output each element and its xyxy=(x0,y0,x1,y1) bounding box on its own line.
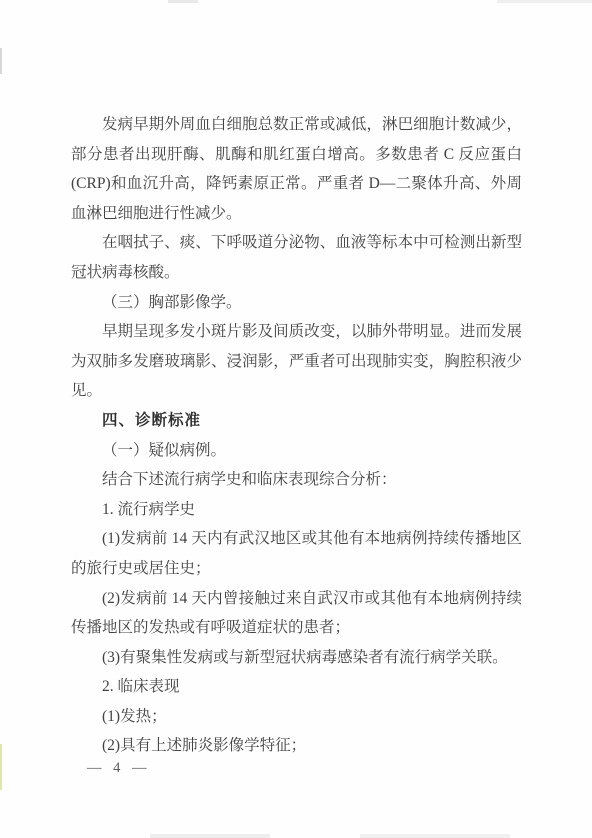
document-body: 发病早期外周血白细胞总数正常或减低，淋巴细胞计数减少，部分患者出现肝酶、肌酶和肌… xyxy=(71,110,522,761)
page-number: — 4 — xyxy=(87,760,151,777)
body-paragraph: (2)具有上述肺炎影像学特征； xyxy=(71,731,522,761)
body-paragraph: 在咽拭子、痰、下呼吸道分泌物、血液等标本中可检测出新型冠状病毒核酸。 xyxy=(71,228,522,287)
body-paragraph: (3)有聚集性发病或与新型冠状病毒感染者有流行病学关联。 xyxy=(71,643,522,673)
body-paragraph: 2. 临床表现 xyxy=(71,672,522,702)
scan-artifact-bottom-smudge xyxy=(150,834,270,838)
body-paragraph: 1. 流行病学史 xyxy=(71,495,522,525)
scan-artifact-left-streak xyxy=(0,744,2,790)
sub-heading: （三）胸部影像学。 xyxy=(71,288,522,318)
body-paragraph: (2)发病前 14 天内曾接触过来自武汉市或其他有本地病例持续传播地区的发热或有… xyxy=(71,584,522,643)
body-paragraph: (1)发病前 14 天内有武汉地区或其他有本地病例持续传播地区的旅行史或居住史； xyxy=(71,524,522,583)
scan-artifact-top-smudge xyxy=(497,0,592,3)
body-paragraph: 结合下述流行病学史和临床表现综合分析： xyxy=(71,465,522,495)
section-heading: 四、诊断标准 xyxy=(71,406,522,436)
body-paragraph: 发病早期外周血白细胞总数正常或减低，淋巴细胞计数减少，部分患者出现肝酶、肌酶和肌… xyxy=(71,110,522,228)
body-paragraph: 早期呈现多发小斑片影及间质改变，以肺外带明显。进而发展为双肺多发磨玻璃影、浸润影… xyxy=(71,317,522,406)
sub-heading: （一）疑似病例。 xyxy=(71,436,522,466)
body-paragraph: (1)发热； xyxy=(71,702,522,732)
scan-artifact-bottom-smudge xyxy=(360,834,510,838)
scan-artifact-top-smudge xyxy=(168,0,198,3)
scan-artifact-left-tick xyxy=(0,48,2,74)
